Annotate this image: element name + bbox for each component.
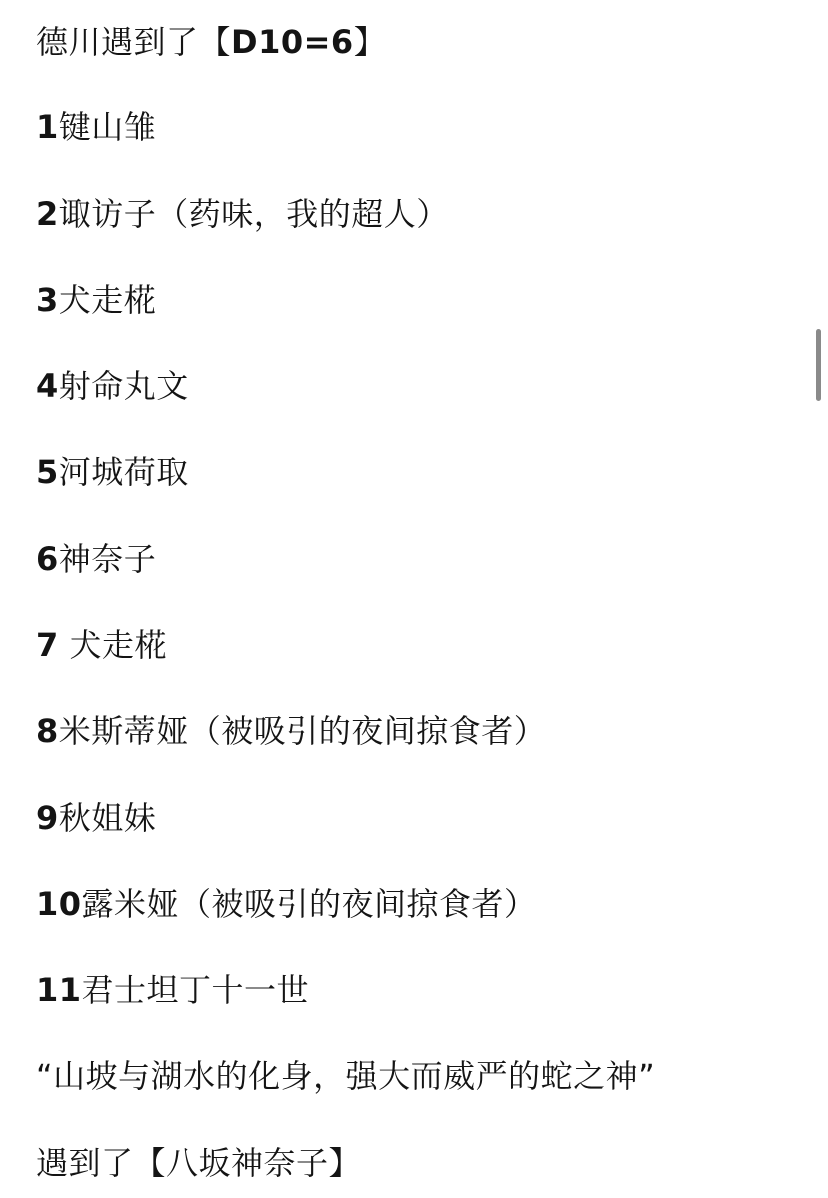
list-item: 5河城荷取 [36,452,189,492]
list-item: 10露米娅（被吸引的夜间掠食者） [36,884,537,924]
item-text: 秋姐妹 [59,799,157,837]
roll-heading: 德川遇到了【D10=6】 [36,22,386,62]
list-item: 11君士坦丁十一世 [36,970,309,1010]
list-item: 2诹访子（药味，我的超人） [36,194,449,234]
list-item: 4射命丸文 [36,366,189,406]
item-text: 露米娅（被吸引的夜间掠食者） [82,885,537,923]
roll-heading-prefix: 德川遇到了【 [36,23,231,61]
scrollbar-thumb[interactable] [816,329,821,401]
item-number: 9 [36,799,59,837]
item-text: 君士坦丁十一世 [82,971,310,1009]
item-text: 神奈子 [59,540,157,578]
item-number: 4 [36,367,59,405]
item-number: 3 [36,281,59,319]
item-number: 2 [36,195,59,233]
roll-result: D10=6 [231,23,354,61]
list-item: 9秋姐妹 [36,798,156,838]
quote-text: “山坡与湖水的化身，强大而威严的蛇之神” [36,1056,655,1096]
item-number: 11 [36,971,82,1009]
item-number: 7 [36,626,59,664]
item-text: 诹访子（药味，我的超人） [59,195,449,233]
list-item: 1键山雏 [36,107,156,147]
item-text: 犬走椛 [59,626,167,664]
item-number: 8 [36,712,59,750]
item-text: 河城荷取 [59,453,189,491]
list-item: 7 犬走椛 [36,625,167,665]
item-text: 米斯蒂娅（被吸引的夜间掠食者） [59,712,547,750]
list-item: 8米斯蒂娅（被吸引的夜间掠食者） [36,711,546,751]
roll-heading-suffix: 】 [354,23,387,61]
list-item: 3犬走椛 [36,280,156,320]
item-text: 犬走椛 [59,281,157,319]
result-text: 遇到了【八坂神奈子】 [36,1143,361,1183]
item-text: 射命丸文 [59,367,189,405]
item-number: 5 [36,453,59,491]
item-number: 1 [36,108,59,146]
list-item: 6神奈子 [36,539,156,579]
item-text: 键山雏 [59,108,157,146]
item-number: 10 [36,885,82,923]
item-number: 6 [36,540,59,578]
